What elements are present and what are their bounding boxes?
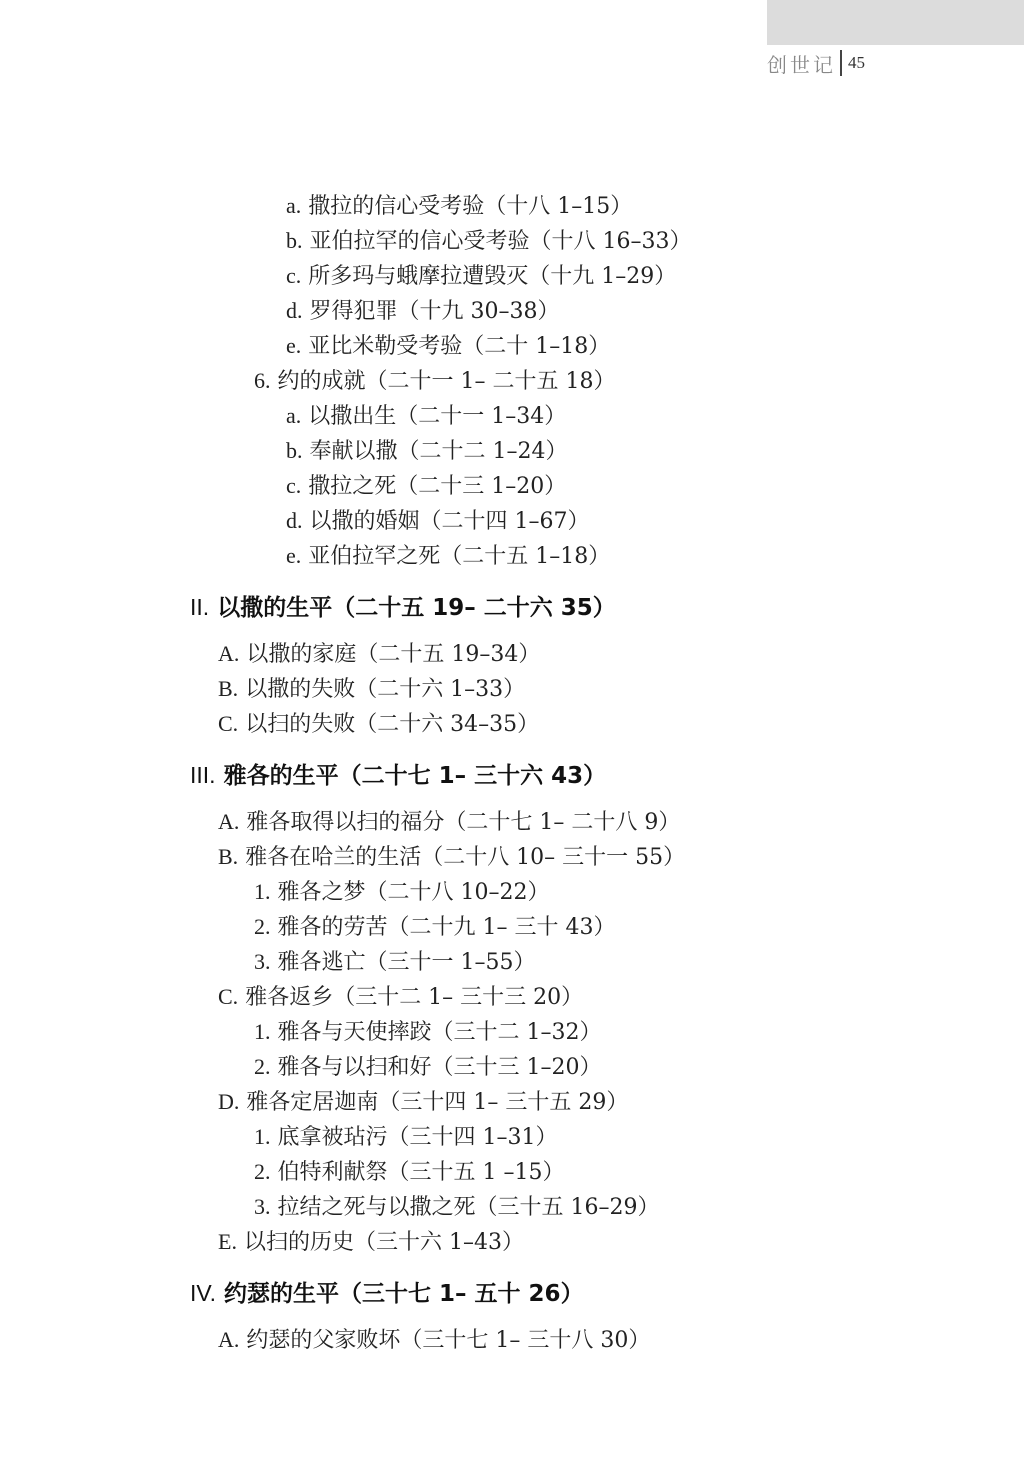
- outline-text: 亚伯拉罕的信心受考验（十八 16–33）: [310, 229, 692, 254]
- book-title: 创世记: [767, 49, 836, 78]
- outline-text: 雅各的生平（二十七 1– 三十六 43）: [224, 763, 607, 789]
- outline-label: 1.: [254, 879, 271, 904]
- outline-label: d.: [286, 508, 303, 533]
- outline-text: 以撒的婚姻（二十四 1–67）: [310, 509, 590, 534]
- outline-label: c.: [286, 263, 301, 288]
- outline-item: 2. 雅各与以扫和好（三十三 1–20）: [254, 1052, 602, 1083]
- outline-label: 3.: [254, 949, 271, 974]
- outline-item: d. 罗得犯罪（十九 30–38）: [286, 296, 559, 327]
- running-head: 创世记 45: [767, 49, 865, 77]
- outline-label: E.: [218, 1229, 237, 1254]
- outline-item: B. 雅各在哈兰的生活（二十八 10– 三十一 55）: [218, 842, 685, 873]
- outline-item: b. 亚伯拉罕的信心受考验（十八 16–33）: [286, 226, 691, 257]
- outline-item: 6. 约的成就（二十一 1– 二十五 18）: [254, 366, 615, 397]
- outline-label: d.: [286, 298, 303, 323]
- outline-heading: IV. 约瑟的生平（三十七 1– 五十 26）: [190, 1277, 584, 1310]
- outline-item: 3. 拉结之死与以撒之死（三十五 16–29）: [254, 1192, 659, 1223]
- outline-text: 雅各的劳苦（二十九 1– 三十 43）: [278, 915, 616, 940]
- outline-item: 2. 雅各的劳苦（二十九 1– 三十 43）: [254, 912, 615, 943]
- outline-label: 6.: [254, 368, 271, 393]
- outline-heading: II. 以撒的生平（二十五 19– 二十六 35）: [190, 591, 616, 624]
- outline-item: 1. 雅各之梦（二十八 10–22）: [254, 877, 549, 908]
- outline-label: B.: [218, 844, 238, 869]
- outline-item: a. 以撒出生（二十一 1–34）: [286, 401, 566, 432]
- outline-text: 约瑟的父家败坏（三十七 1– 三十八 30）: [246, 1328, 650, 1353]
- outline-label: C.: [218, 984, 238, 1009]
- header-divider: [840, 50, 842, 76]
- outline-item: b. 奉献以撒（二十二 1–24）: [286, 436, 568, 467]
- outline-item: D. 雅各定居迦南（三十四 1– 三十五 29）: [218, 1087, 628, 1118]
- outline-item: C. 以扫的失败（二十六 34–35）: [218, 709, 539, 740]
- outline-label: II.: [190, 594, 209, 620]
- outline-label: 2.: [254, 1159, 271, 1184]
- outline-label: IV.: [190, 1280, 216, 1306]
- outline-label: e.: [286, 543, 301, 568]
- outline-label: III.: [190, 762, 216, 788]
- outline-item: A. 雅各取得以扫的福分（二十七 1– 二十八 9）: [218, 807, 680, 838]
- outline-text: 撒拉的信心受考验（十八 1–15）: [308, 194, 632, 219]
- outline-text: 所多玛与蛾摩拉遭毁灭（十九 1–29）: [308, 264, 676, 289]
- outline-label: A.: [218, 1327, 239, 1352]
- outline-item: 1. 雅各与天使摔跤（三十二 1–32）: [254, 1017, 602, 1048]
- outline-text: 以扫的历史（三十六 1–43）: [244, 1230, 524, 1255]
- outline-text: 底拿被玷污（三十四 1–31）: [278, 1125, 558, 1150]
- outline-text: 约瑟的生平（三十七 1– 五十 26）: [224, 1281, 584, 1307]
- outline-item: e. 亚比米勒受考验（二十 1–18）: [286, 331, 610, 362]
- outline-text: 雅各取得以扫的福分（二十七 1– 二十八 9）: [246, 810, 680, 835]
- outline-label: a.: [286, 193, 301, 218]
- outline-label: A.: [218, 641, 239, 666]
- outline-text: 约的成就（二十一 1– 二十五 18）: [278, 369, 616, 394]
- outline-text: 以扫的失败（二十六 34–35）: [245, 712, 539, 737]
- outline-item: 1. 底拿被玷污（三十四 1–31）: [254, 1122, 558, 1153]
- outline-label: 1.: [254, 1019, 271, 1044]
- outline-text: 亚比米勒受考验（二十 1–18）: [308, 334, 610, 359]
- outline-label: 1.: [254, 1124, 271, 1149]
- outline-text: 以撒的失败（二十六 1–33）: [245, 677, 525, 702]
- outline-item: c. 撒拉之死（二十三 1–20）: [286, 471, 566, 502]
- outline-label: B.: [218, 676, 238, 701]
- outline-label: 2.: [254, 1054, 271, 1079]
- header-tab-bar: [767, 0, 1024, 45]
- outline-item: e. 亚伯拉罕之死（二十五 1–18）: [286, 541, 610, 572]
- outline-text: 雅各与以扫和好（三十三 1–20）: [278, 1055, 602, 1080]
- outline-label: e.: [286, 333, 301, 358]
- outline-item: E. 以扫的历史（三十六 1–43）: [218, 1227, 524, 1258]
- outline-text: 伯特利献祭（三十五 1 –15）: [278, 1160, 565, 1185]
- outline-text: 以撒出生（二十一 1–34）: [308, 404, 566, 429]
- outline-text: 雅各返乡（三十二 1– 三十三 20）: [245, 985, 583, 1010]
- outline-item: d. 以撒的婚姻（二十四 1–67）: [286, 506, 590, 537]
- outline-text: 雅各在哈兰的生活（二十八 10– 三十一 55）: [245, 845, 685, 870]
- outline-text: 奉献以撒（二十二 1–24）: [310, 439, 568, 464]
- outline-label: b.: [286, 438, 303, 463]
- outline-text: 以撒的生平（二十五 19– 二十六 35）: [217, 595, 616, 621]
- outline-text: 罗得犯罪（十九 30–38）: [310, 299, 560, 324]
- outline-label: A.: [218, 809, 239, 834]
- page-number: 45: [848, 53, 865, 73]
- outline-item: 2. 伯特利献祭（三十五 1 –15）: [254, 1157, 564, 1188]
- outline-label: 3.: [254, 1194, 271, 1219]
- outline-text: 拉结之死与以撒之死（三十五 16–29）: [278, 1195, 660, 1220]
- outline-text: 以撒的家庭（二十五 19–34）: [246, 642, 540, 667]
- outline-item: B. 以撒的失败（二十六 1–33）: [218, 674, 525, 705]
- outline-label: 2.: [254, 914, 271, 939]
- outline-item: A. 约瑟的父家败坏（三十七 1– 三十八 30）: [218, 1325, 650, 1356]
- outline-label: C.: [218, 711, 238, 736]
- outline-item: 3. 雅各逃亡（三十一 1–55）: [254, 947, 536, 978]
- outline-text: 雅各与天使摔跤（三十二 1–32）: [278, 1020, 602, 1045]
- outline-label: D.: [218, 1089, 239, 1114]
- outline-text: 撒拉之死（二十三 1–20）: [308, 474, 566, 499]
- outline-item: a. 撒拉的信心受考验（十八 1–15）: [286, 191, 632, 222]
- outline-text: 亚伯拉罕之死（二十五 1–18）: [308, 544, 610, 569]
- outline-label: a.: [286, 403, 301, 428]
- outline-item: C. 雅各返乡（三十二 1– 三十三 20）: [218, 982, 583, 1013]
- outline-text: 雅各之梦（二十八 10–22）: [278, 880, 550, 905]
- outline-text: 雅各定居迦南（三十四 1– 三十五 29）: [246, 1090, 628, 1115]
- outline-label: b.: [286, 228, 303, 253]
- outline-text: 雅各逃亡（三十一 1–55）: [278, 950, 536, 975]
- outline-item: c. 所多玛与蛾摩拉遭毁灭（十九 1–29）: [286, 261, 676, 292]
- outline-item: A. 以撒的家庭（二十五 19–34）: [218, 639, 540, 670]
- outline-heading: III. 雅各的生平（二十七 1– 三十六 43）: [190, 759, 606, 792]
- outline-label: c.: [286, 473, 301, 498]
